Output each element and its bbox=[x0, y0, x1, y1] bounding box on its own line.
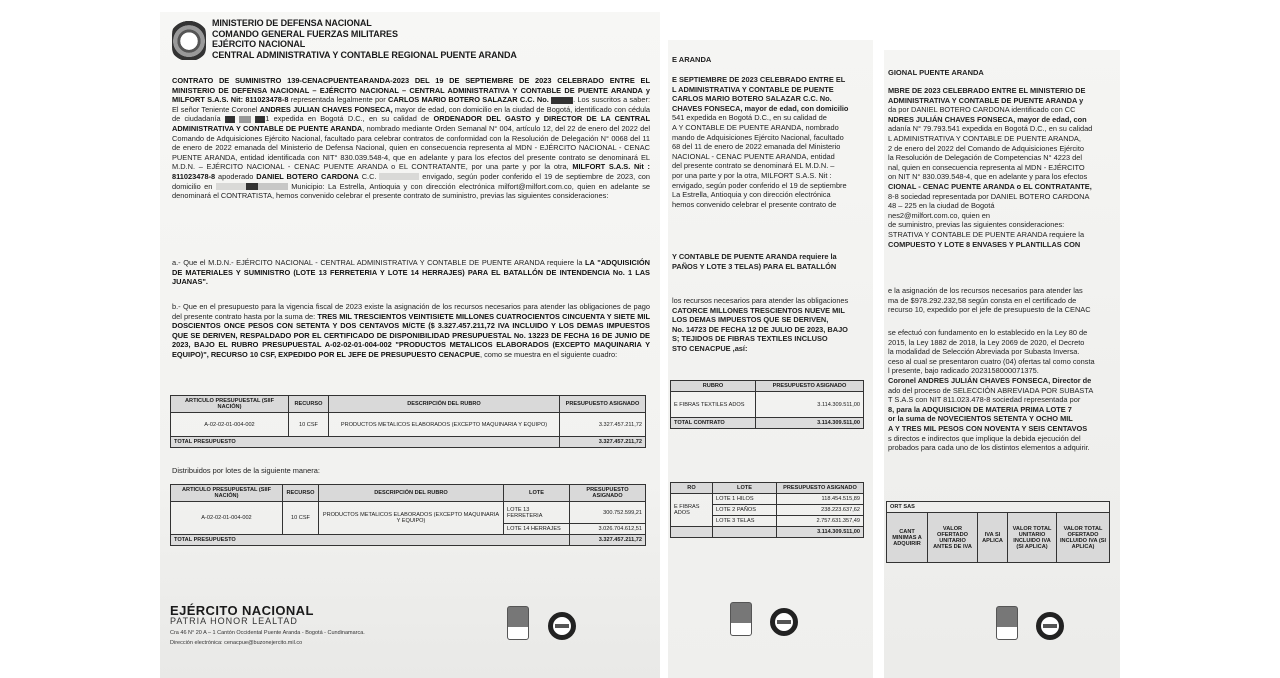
col-header: PRESUPUESTO ASIGNADO bbox=[560, 396, 646, 413]
text-block: se efectuó con fundamento en lo establec… bbox=[888, 328, 1118, 453]
legal-rep: CARLOS MARIO BOTERO SALAZAR C.C. No. bbox=[388, 95, 549, 104]
total-row: TOTAL PRESUPUESTO 3.327.457.211,72 bbox=[171, 535, 646, 546]
text: C.C. bbox=[359, 172, 377, 181]
text-line: adanía N° 79.793.541 expedida en Bogotá … bbox=[888, 124, 1118, 134]
iqnet-certification-icon bbox=[770, 608, 798, 636]
redaction bbox=[258, 183, 288, 190]
text-line: NACIONAL - CENAC PUENTE ARANDA, entidad bbox=[672, 152, 870, 162]
text-line: A Y TRES MIL PESOS CON NOVENTA Y SEIS CE… bbox=[888, 424, 1118, 434]
col-header: RUBRO bbox=[671, 381, 756, 392]
text-line: recurso 10, expedido por el jefe de pres… bbox=[888, 305, 1118, 315]
text-line: Coronel ANDRES JULIÁN CHAVES FONSECA, Di… bbox=[888, 376, 1118, 386]
text: a.- Que el M.D.N.- EJÉRCITO NACIONAL - C… bbox=[172, 258, 585, 267]
total-value: 3.327.457.211,72 bbox=[570, 535, 646, 546]
text-line: MBRE DE 2023 CELEBRADO ENTRE EL MINISTER… bbox=[888, 86, 1118, 96]
text-block: E SEPTIEMBRE DE 2023 CELEBRADO ENTRE ELL… bbox=[672, 75, 870, 209]
text-line: da por DANIEL BOTERO CARDONA identificad… bbox=[888, 105, 1118, 115]
col-header: ARTICULO PRESUPUESTAL (SIIF NACIÓN) bbox=[171, 485, 283, 502]
text-line: 8, para la ADQUISICION DE MATERIA PRIMA … bbox=[888, 405, 1118, 415]
cell: 3.114.309.511,00 bbox=[756, 392, 864, 418]
text-line: L ADMINISTRATIVA Y CONTABLE DE PUENTE AR… bbox=[888, 134, 1118, 144]
total-value: 3.327.457.211,72 bbox=[560, 437, 646, 448]
text-line: ma de $978.292.232,58 según consta en el… bbox=[888, 296, 1118, 306]
clause-a: a.- Que el M.D.N.- EJÉRCITO NACIONAL - C… bbox=[172, 258, 650, 287]
redaction bbox=[379, 173, 419, 180]
text-line: envigado, según poder conferido el 19 de… bbox=[672, 181, 870, 191]
offer-table: ORT SAS CANT MINIMAS A ADQUIRIR VALOR OF… bbox=[886, 501, 1110, 563]
total-label: TOTAL PRESUPUESTO bbox=[171, 437, 560, 448]
icontec-certification-icon bbox=[730, 602, 752, 636]
cell: 10 CSF bbox=[289, 413, 329, 437]
total-label: TOTAL CONTRATO bbox=[671, 418, 756, 429]
letterhead-line: MINISTERIO DE DEFENSA NACIONAL bbox=[212, 18, 517, 29]
col-header: CANT MINIMAS A ADQUIRIR bbox=[887, 513, 928, 563]
cell: 118.454.515,89 bbox=[777, 494, 864, 505]
cell: LOTE 14 HERRAJES bbox=[504, 524, 570, 535]
text-line: ado del proceso de SELECCIÓN ABREVIADA P… bbox=[888, 386, 1118, 396]
redaction bbox=[246, 183, 258, 190]
text-line: STRATIVA Y CONTABLE DE PUENTE ARANDA req… bbox=[888, 230, 1118, 240]
redaction bbox=[551, 97, 573, 104]
cell: 238.223.637,62 bbox=[777, 505, 864, 516]
lots-table: ARTICULO PRESUPUESTAL (SIIF NACIÓN) RECU… bbox=[170, 484, 646, 546]
footer-motto: PATRIA HONOR LEALTAD bbox=[170, 616, 298, 626]
text-line: nes2@milfort.com.co, quien en bbox=[888, 211, 1118, 221]
text-line: la modalidad de Selección Abreviada por … bbox=[888, 347, 1118, 357]
iqnet-certification-icon bbox=[548, 612, 576, 640]
text-line: 8-8 sociedad representada por DANIEL BOT… bbox=[888, 192, 1118, 202]
text: representada legalmente por bbox=[289, 95, 389, 104]
text: apoderado bbox=[215, 172, 256, 181]
text-line: los recursos necesarios para atender las… bbox=[672, 296, 870, 306]
letterhead: MINISTERIO DE DEFENSA NACIONAL COMANDO G… bbox=[172, 18, 517, 60]
text-line: l presente, bajo radicado 20231580000713… bbox=[888, 366, 1118, 376]
text: , como se muestra en el siguiente cuadro… bbox=[480, 350, 617, 359]
text-line: se efectuó con fundamento en lo establec… bbox=[888, 328, 1118, 338]
total-row: 3.114.309.511,00 bbox=[671, 527, 864, 538]
letterhead-fragment: GIONAL PUENTE ARANDA bbox=[888, 68, 1118, 78]
col-header: VALOR TOTAL OFERTADO INCLUIDO IVA (SI AP… bbox=[1057, 513, 1110, 563]
text-line: 68 del 11 de enero de 2022 emanada del M… bbox=[672, 142, 870, 152]
col-header: VALOR OFERTADO UNITARIO ANTES DE IVA bbox=[928, 513, 978, 563]
table-row: A-02-02-01-004-002 10 CSF PRODUCTOS META… bbox=[171, 413, 646, 437]
redaction bbox=[255, 116, 265, 123]
cell: PRODUCTOS METALICOS ELABORADOS (EXCEPTO … bbox=[319, 502, 504, 535]
col-header: RECURSO bbox=[289, 396, 329, 413]
contract-page-2: E ARANDA E SEPTIEMBRE DE 2023 CELEBRADO … bbox=[668, 40, 873, 678]
text-line: ADMINISTRATIVA Y CONTABLE DE PUENTE ARAN… bbox=[888, 96, 1118, 106]
cell: 2.757.631.357,49 bbox=[777, 516, 864, 527]
text-line: La Estrella, Antioquia y con dirección e… bbox=[672, 190, 870, 200]
cell: 10 CSF bbox=[283, 502, 319, 535]
text: 1 expedida en Bogotá D.C., en su calidad… bbox=[265, 114, 433, 123]
text-line: probados para cada uno de los distintos … bbox=[888, 443, 1118, 453]
table-row: E FIBRAS TEXTILES ADOS 3.114.309.511,00 bbox=[671, 392, 864, 418]
text-line: de suministro, previas las siguientes co… bbox=[888, 220, 1118, 230]
text-line: A Y CONTABLE DE PUENTE ARANDA, nombrado bbox=[672, 123, 870, 133]
text-line: on NIT N° 830.039.548-4, que en adelante… bbox=[888, 172, 1118, 182]
officer-name: ANDRES JULIAN CHAVES FONSECA, bbox=[260, 105, 393, 114]
lots-table: RO LOTE PRESUPUESTO ASIGNADO E FIBRAS AD… bbox=[670, 482, 864, 538]
text-line: CARLOS MARIO BOTERO SALAZAR C.C. No. bbox=[672, 94, 870, 104]
letterhead-line: CENTRAL ADMINISTRATIVA Y CONTABLE REGION… bbox=[212, 50, 517, 61]
text-line: por una parte y por la otra, MILFORT S.A… bbox=[672, 171, 870, 181]
text-block: MBRE DE 2023 CELEBRADO ENTRE EL MINISTER… bbox=[888, 86, 1118, 249]
text-line: L ADMINISTRATIVA Y CONTABLE DE PUENTE bbox=[672, 85, 870, 95]
cell: 3.327.457.211,72 bbox=[560, 413, 646, 437]
text-line: 541 expedida en Bogotá D.C., en su calid… bbox=[672, 113, 870, 123]
budget-table: ARTICULO PRESUPUESTAL (SIIF NACIÓN) RECU… bbox=[170, 395, 646, 448]
redaction bbox=[225, 116, 235, 123]
text-line: 48 – 225 en la ciudad de Bogotá bbox=[888, 201, 1118, 211]
total-row: TOTAL CONTRATO 3.114.309.511,00 bbox=[671, 418, 864, 429]
redaction bbox=[239, 116, 251, 123]
text-line: 2015, la Ley 1882 de 2018, la Ley 2069 d… bbox=[888, 338, 1118, 348]
cell: 3.026.704.612,51 bbox=[570, 524, 646, 535]
text-line: s directos e indirectos que implique la … bbox=[888, 434, 1118, 444]
col-header: DESCRIPCIÓN DEL RUBRO bbox=[329, 396, 560, 413]
budget-table: RUBRO PRESUPUESTO ASIGNADO E FIBRAS TEXT… bbox=[670, 380, 864, 429]
text-block: los recursos necesarios para atender las… bbox=[672, 296, 870, 354]
text-line: hemos convenido celebrar el presente con… bbox=[672, 200, 870, 210]
text-line: LOS DEMAS IMPUESTOS QUE SE DERIVEN, bbox=[672, 315, 870, 325]
cell: 300.752.599,21 bbox=[570, 502, 646, 524]
cell: A-02-02-01-004-002 bbox=[171, 413, 289, 437]
text-line: COMPUESTO Y LOTE 8 ENVASES Y PLANTILLAS … bbox=[888, 240, 1118, 250]
cell: LOTE 3 TELAS bbox=[713, 516, 777, 527]
cell: A-02-02-01-004-002 bbox=[171, 502, 283, 535]
text-line: del presente contrato se denominará EL M… bbox=[672, 161, 870, 171]
text-line: Y CONTABLE DE PUENTE ARANDA requiere la bbox=[672, 252, 870, 262]
table-row: A-02-02-01-004-002 10 CSF PRODUCTOS META… bbox=[171, 502, 646, 524]
text-block: e la asignación de los recursos necesari… bbox=[888, 286, 1118, 315]
col-header: VALOR TOTAL UNITARIO INCLUIDO IVA (SI AP… bbox=[1008, 513, 1057, 563]
iqnet-certification-icon bbox=[1036, 612, 1064, 640]
text-line: or la suma de NOVECIENTOS SETENTA Y OCHO… bbox=[888, 414, 1118, 424]
col-header: RECURSO bbox=[283, 485, 319, 502]
letterhead-fragment: E ARANDA bbox=[672, 55, 872, 65]
table-row: E FIBRAS ADOS LOTE 1 HILOS 118.454.515,8… bbox=[671, 494, 864, 505]
text-line: PAÑOS Y LOTE 3 TELAS) PARA EL BATALLÓN bbox=[672, 262, 870, 272]
text-line: S; TEJIDOS DE FIBRAS TEXTILES INCLUSO bbox=[672, 334, 870, 344]
col-header: RO bbox=[671, 483, 713, 494]
cell: LOTE 13 FERRETERIA bbox=[504, 502, 570, 524]
cell: PRODUCTOS METALICOS ELABORADOS (EXCEPTO … bbox=[329, 413, 560, 437]
col-header: IVA SI APLICA bbox=[977, 513, 1007, 563]
contract-intro: CONTRATO DE SUMINISTRO 139-CENACPUENTEAR… bbox=[172, 76, 650, 201]
redaction bbox=[216, 183, 246, 190]
letterhead-line: COMANDO GENERAL FUERZAS MILITARES bbox=[212, 29, 517, 40]
footer-email: Dirección electrónica: cenacpue@buzoneje… bbox=[170, 640, 302, 646]
icontec-certification-icon bbox=[507, 606, 529, 640]
text-line: CHAVES FONSECA, mayor de edad, con domic… bbox=[672, 104, 870, 114]
cell: E FIBRAS ADOS bbox=[671, 494, 713, 527]
col-header: PRESUPUESTO ASIGNADO bbox=[570, 485, 646, 502]
text-line: mando de Adquisiciones Ejército Nacional… bbox=[672, 133, 870, 143]
text-line: E SEPTIEMBRE DE 2023 CELEBRADO ENTRE EL bbox=[672, 75, 870, 85]
clause-b: b.- Que en el presupuesto para la vigenc… bbox=[172, 302, 650, 360]
total-row: TOTAL PRESUPUESTO 3.327.457.211,72 bbox=[171, 437, 646, 448]
col-header: LOTE bbox=[713, 483, 777, 494]
contract-page-3: GIONAL PUENTE ARANDA MBRE DE 2023 CELEBR… bbox=[884, 50, 1120, 678]
col-header: PRESUPUESTO ASIGNADO bbox=[756, 381, 864, 392]
total-label: TOTAL PRESUPUESTO bbox=[171, 535, 570, 546]
cell: LOTE 2 PAÑOS bbox=[713, 505, 777, 516]
contract-page-1: MINISTERIO DE DEFENSA NACIONAL COMANDO G… bbox=[160, 12, 660, 678]
text-line: 2 de enero del 2022 del Comando de Adqui… bbox=[888, 144, 1118, 154]
text-line: STO CENACPUE ,así: bbox=[672, 344, 870, 354]
text-line: nal, quien en consecuencia representa al… bbox=[888, 163, 1118, 173]
total-value: 3.114.309.511,00 bbox=[756, 418, 864, 429]
text-line: T S.A.S con NIT 811.023.478-8 sociedad r… bbox=[888, 395, 1118, 405]
cell: LOTE 1 HILOS bbox=[713, 494, 777, 505]
text-block: Y CONTABLE DE PUENTE ARANDA requiere laP… bbox=[672, 252, 870, 271]
text-line: CIONAL - CENAC PUENTE ARANDA o EL CONTRA… bbox=[888, 182, 1118, 192]
table-title: ORT SAS bbox=[887, 502, 1110, 513]
army-crest-icon bbox=[172, 18, 206, 60]
cell: E FIBRAS TEXTILES ADOS bbox=[671, 392, 756, 418]
col-header: ARTICULO PRESUPUESTAL (SIIF NACIÓN) bbox=[171, 396, 289, 413]
text-line: ceso al cual se presentaron cuatro (04) … bbox=[888, 357, 1118, 367]
total-value: 3.114.309.511,00 bbox=[777, 527, 864, 538]
text-line: e la asignación de los recursos necesari… bbox=[888, 286, 1118, 296]
text-line: No. 14723 DE FECHA 12 DE JULIO DE 2023, … bbox=[672, 325, 870, 335]
text-line: la Resolución de Delegación de Competenc… bbox=[888, 153, 1118, 163]
letterhead-line: EJÉRCITO NACIONAL bbox=[212, 39, 517, 50]
text-line: NDRES JULIÁN CHAVES FONSECA, mayor de ed… bbox=[888, 115, 1118, 125]
text-line: CATORCE MILLONES TRESCIENTOS NUEVE MIL bbox=[672, 306, 870, 316]
col-header: DESCRIPCIÓN DEL RUBRO bbox=[319, 485, 504, 502]
col-header: LOTE bbox=[504, 485, 570, 502]
distribution-label: Distribuidos por lotes de la siguiente m… bbox=[172, 466, 650, 476]
col-header: PRESUPUESTO ASIGNADO bbox=[777, 483, 864, 494]
contractor-agent: DANIEL BOTERO CARDONA bbox=[256, 172, 359, 181]
footer-address: Cra 46 N° 20 A – 1 Cantón Occidental Pue… bbox=[170, 630, 365, 636]
icontec-certification-icon bbox=[996, 606, 1018, 640]
